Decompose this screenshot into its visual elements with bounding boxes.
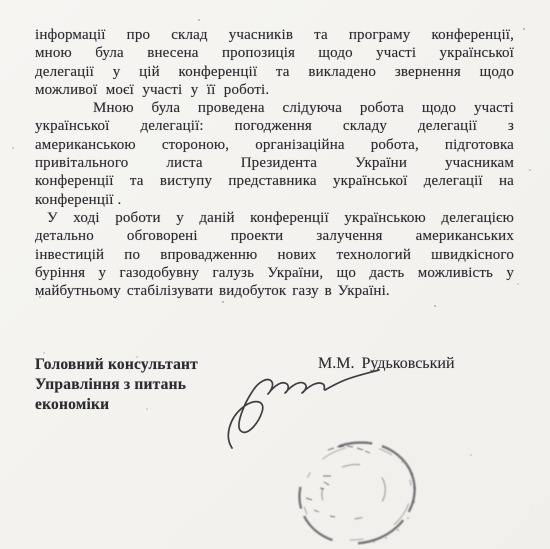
text-line: інвестицій по впровадженню нових техноло… [35, 246, 514, 264]
paper-speck [198, 19, 200, 21]
text-line: У ході роботи у даній конференції україн… [35, 209, 514, 227]
paragraph-3: У ході роботи у даній конференції україн… [35, 209, 514, 300]
text-line: Мною була проведена слідуюча робота щодо… [35, 99, 514, 117]
text-line: привітального листа Президента України у… [35, 154, 514, 172]
paper-speck [470, 454, 472, 456]
text-line: мною була внесена пропозиція щодо участі… [35, 44, 514, 62]
paper-speck [43, 352, 45, 354]
stamp-illegible-text-marks [306, 446, 370, 517]
text-line: делегації у цій конференції та викладено… [35, 63, 514, 81]
paragraph-1: інформації про склад учасників та програ… [35, 26, 514, 99]
text-line: майбутньому стабілізувати видобуток газу… [35, 282, 514, 300]
paper-speck [517, 283, 519, 285]
stamp-faded-dots [373, 461, 416, 543]
text-line: української делегації: погодження складу… [35, 117, 514, 135]
scanned-document-page: інформації про склад учасників та програ… [0, 0, 550, 549]
paper-speck [12, 147, 14, 149]
paper-speck [146, 408, 148, 410]
text-line: можливої моєї участі у її роботі. [35, 81, 514, 99]
paper-speck [529, 169, 531, 171]
paper-speck [434, 305, 436, 307]
paper-speck [222, 301, 224, 303]
text-line: буріння у газодобувну галузь України, що… [35, 264, 514, 282]
text-line: американською стороною, організаційна ро… [35, 136, 514, 154]
round-stamp [290, 436, 430, 549]
paper-speck [523, 28, 525, 30]
paper-speck [136, 356, 138, 358]
paper-speck [39, 296, 41, 298]
text-line: детально обговорені проекти залучення ам… [35, 227, 514, 245]
text-line: конференції та виступу представника укра… [35, 172, 514, 190]
paragraph-2: Мною була проведена слідуюча робота щодо… [35, 99, 514, 209]
text-line: конференції . [35, 191, 514, 209]
body-text: інформації про склад учасників та програ… [35, 26, 514, 300]
text-line: інформації про склад учасників та програ… [35, 26, 514, 44]
